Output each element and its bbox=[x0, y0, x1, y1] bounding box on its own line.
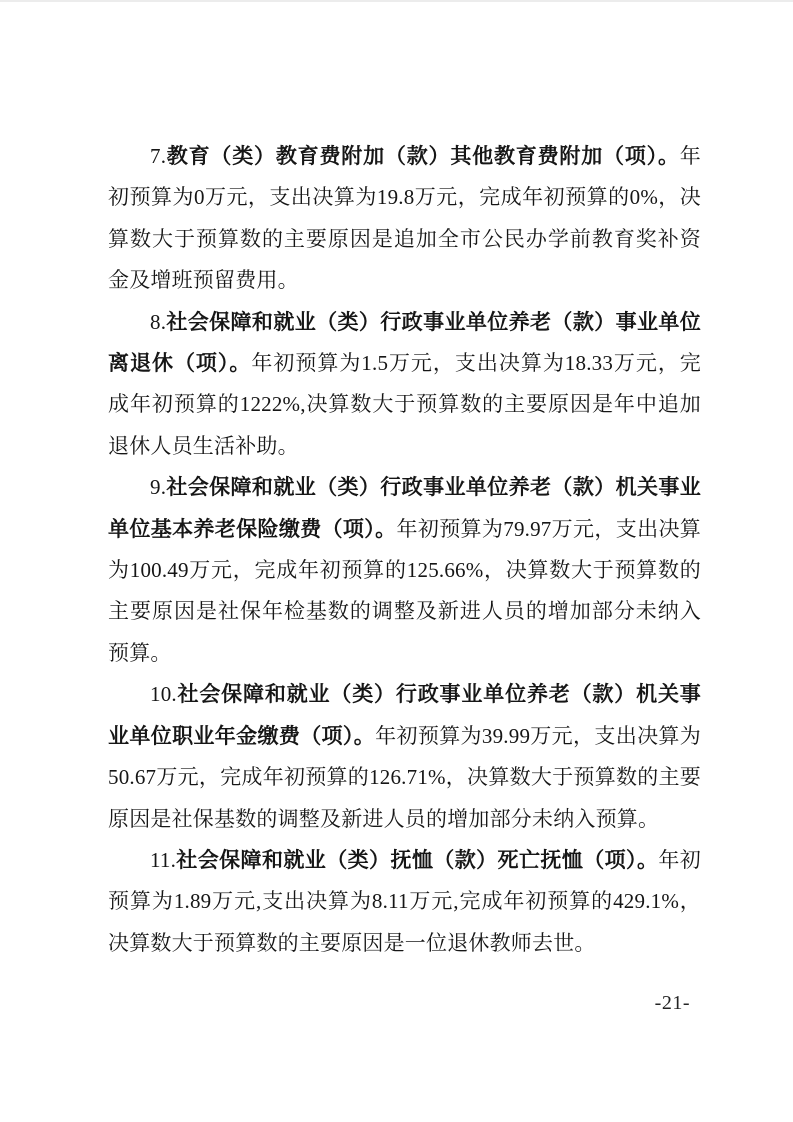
paragraph-number: 7. bbox=[150, 144, 166, 168]
scan-edge-artifact bbox=[0, 0, 793, 2]
paragraph-number: 10. bbox=[150, 682, 177, 706]
document-page: 7.教育（类）教育费附加（款）其他教育费附加（项）。年初预算为0万元，支出决算为… bbox=[0, 0, 793, 1122]
page-number-label: -21- bbox=[0, 992, 690, 1015]
paragraph-heading: 社会保障和就业（类）抚恤（款）死亡抚恤（项）。 bbox=[176, 849, 658, 872]
budget-item-paragraph-8: 8.社会保障和就业（类）行政事业单位养老（款）事业单位离退休（项）。年初预算为1… bbox=[108, 302, 701, 468]
budget-item-paragraph-9: 9.社会保障和就业（类）行政事业单位养老（款）机关事业单位基本养老保险缴费（项）… bbox=[108, 467, 701, 674]
budget-item-paragraph-10: 10.社会保障和就业（类）行政事业单位养老（款）机关事业单位职业年金缴费（项）。… bbox=[108, 674, 701, 840]
paragraph-number: 9. bbox=[150, 475, 166, 499]
paragraph-number: 8. bbox=[150, 310, 166, 334]
document-body: 7.教育（类）教育费附加（款）其他教育费附加（项）。年初预算为0万元，支出决算为… bbox=[108, 136, 701, 964]
paragraph-number: 11. bbox=[150, 848, 176, 872]
budget-item-paragraph-7: 7.教育（类）教育费附加（款）其他教育费附加（项）。年初预算为0万元，支出决算为… bbox=[108, 136, 701, 302]
budget-item-paragraph-11: 11.社会保障和就业（类）抚恤（款）死亡抚恤（项）。年初预算为1.89万元,支出… bbox=[108, 840, 701, 964]
paragraph-heading: 教育（类）教育费附加（款）其他教育费附加（项）。 bbox=[166, 145, 680, 168]
